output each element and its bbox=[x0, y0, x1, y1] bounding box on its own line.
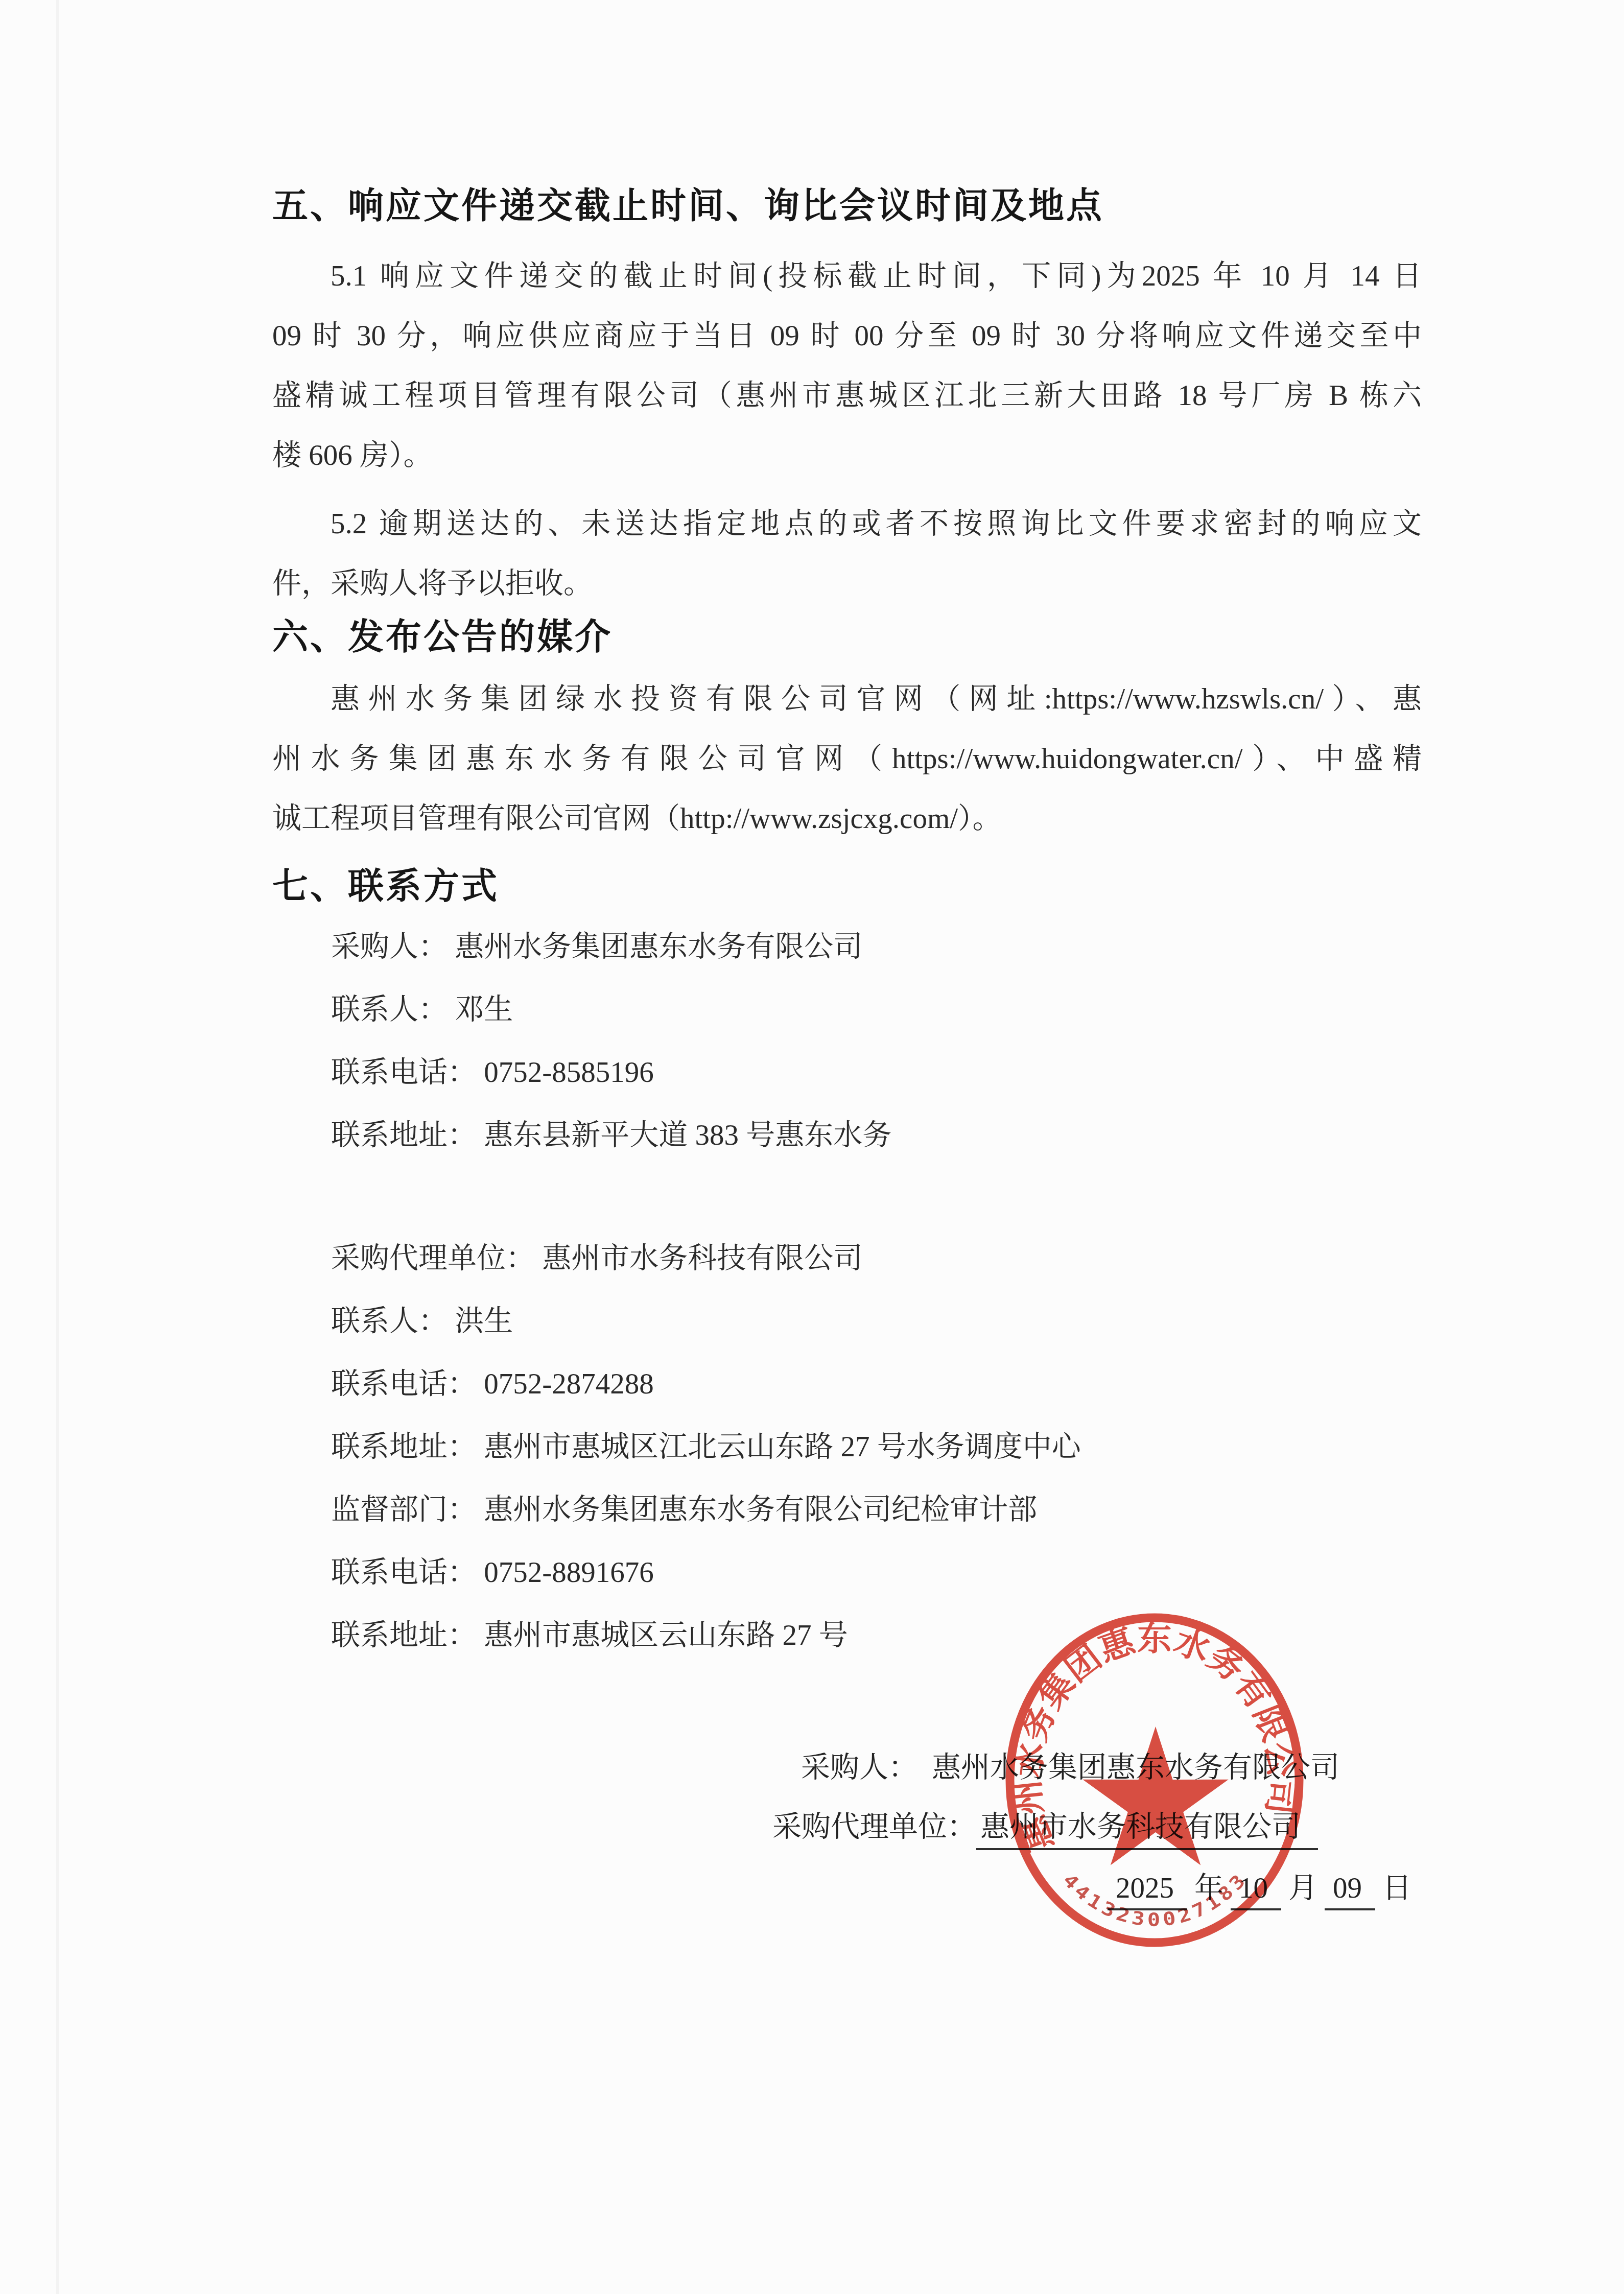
company-seal-stamp: 惠州水务集团惠东水务有限公司 4413230027183 bbox=[1001, 1612, 1308, 1949]
date-day: 09 bbox=[1325, 1872, 1375, 1910]
paragraph-line: 盛精诚工程项目管理有限公司（惠州市惠城区江北三新大田路 18 号厂房 B 栋六 bbox=[272, 366, 1422, 425]
purchaser-contact-block: 采购人： 惠州水务集团惠东水务有限公司 联系人： 邓生 联系电话： 0752-8… bbox=[331, 915, 891, 1167]
paragraph-line: 5.2 逾期送达的、未送达指定地点的或者不按照询比文件要求密封的响应文 bbox=[272, 494, 1422, 554]
date-day-unit: 日 bbox=[1382, 1872, 1411, 1904]
paragraph-line: 5.1 响应文件递交的截止时间(投标截止时间，下同)为2025 年 10 月 1… bbox=[272, 246, 1422, 306]
paragraph-line: 诚工程项目管理有限公司官网（http://www.zsjcxg.com/）。 bbox=[272, 789, 1422, 848]
contact-line-person: 联系人： 邓生 bbox=[331, 978, 891, 1041]
contact-line-address: 联系地址： 惠州市惠城区江北云山东路 27 号水务调度中心 bbox=[331, 1415, 1081, 1478]
signature-purchaser-label: 采购人： bbox=[801, 1752, 917, 1784]
paragraph-line: 惠州水务集团绿水投资有限公司官网（网址:https://www.hzswls.c… bbox=[272, 669, 1422, 729]
section7-heading: 七、联系方式 bbox=[272, 868, 499, 904]
document-page: 五、响应文件递交截止时间、询比会议时间及地点 5.1 响应文件递交的截止时间(投… bbox=[0, 0, 1624, 2294]
section6-heading: 六、发布公告的媒介 bbox=[272, 619, 613, 655]
contact-line-supervisor: 监督部门： 惠州水务集团惠东水务有限公司纪检审计部 bbox=[331, 1478, 1081, 1541]
contact-line-address: 联系地址： 惠州市惠城区云山东路 27 号 bbox=[331, 1604, 1081, 1667]
section6-paragraph: 惠州水务集团绿水投资有限公司官网（网址:https://www.hzswls.c… bbox=[272, 669, 1422, 848]
seal-star-icon bbox=[1082, 1727, 1228, 1865]
contact-line-person: 联系人： 洪生 bbox=[331, 1290, 1081, 1353]
paragraph-line: 09 时 30 分，响应供应商应于当日 09 时 00 分至 09 时 30 分… bbox=[272, 306, 1422, 366]
paragraph-line: 州水务集团惠东水务有限公司官网（https://www.huidongwater… bbox=[272, 729, 1422, 789]
section5-paragraph-5-1: 5.1 响应文件递交的截止时间(投标截止时间，下同)为2025 年 10 月 1… bbox=[272, 246, 1422, 485]
section5-heading: 五、响应文件递交截止时间、询比会议时间及地点 bbox=[272, 188, 1104, 224]
contact-line-address: 联系地址： 惠东县新平大道 383 号惠东水务 bbox=[331, 1104, 891, 1167]
paragraph-line: 件，采购人将予以拒收。 bbox=[272, 554, 1422, 613]
contact-line-purchaser: 采购人： 惠州水务集团惠东水务有限公司 bbox=[331, 915, 891, 978]
contact-line-phone: 联系电话： 0752-2874288 bbox=[331, 1353, 1081, 1415]
section5-paragraph-5-2: 5.2 逾期送达的、未送达指定地点的或者不按照询比文件要求密封的响应文 件，采购… bbox=[272, 494, 1422, 613]
contact-line-phone: 联系电话： 0752-8585196 bbox=[331, 1041, 891, 1104]
scan-artifact-line bbox=[56, 0, 59, 2294]
contact-line-phone: 联系电话： 0752-8891676 bbox=[331, 1541, 1081, 1604]
contact-line-agent: 采购代理单位： 惠州市水务科技有限公司 bbox=[331, 1227, 1081, 1290]
agent-contact-block: 采购代理单位： 惠州市水务科技有限公司 联系人： 洪生 联系电话： 0752-2… bbox=[331, 1227, 1081, 1667]
paragraph-line: 楼 606 房）。 bbox=[272, 425, 1422, 485]
signature-agent-label: 采购代理单位： bbox=[772, 1811, 976, 1843]
